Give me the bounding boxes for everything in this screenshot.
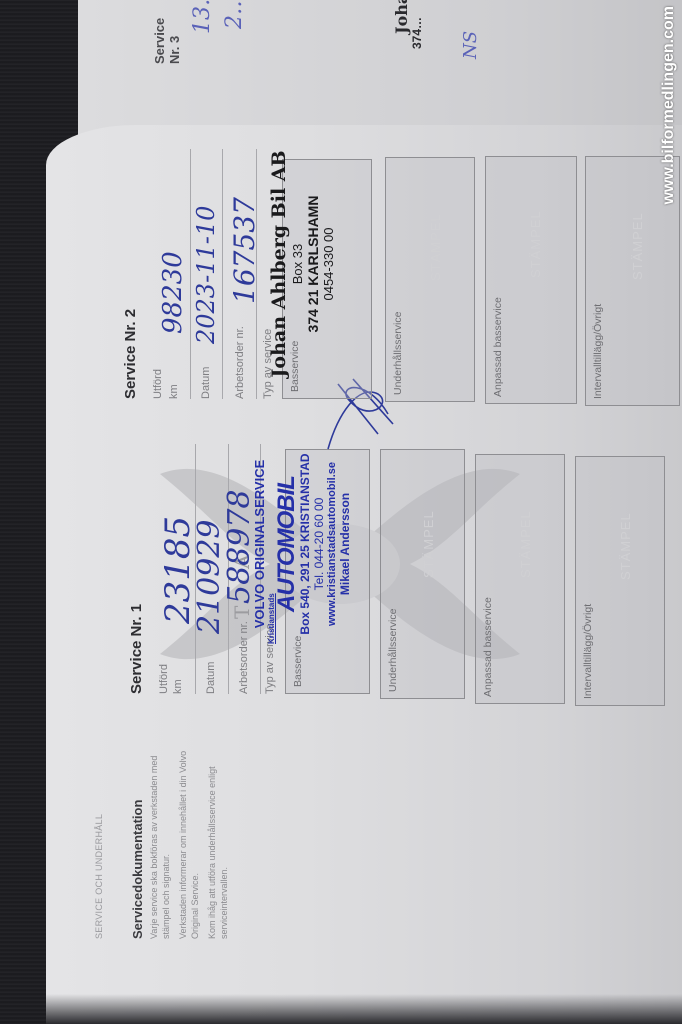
- doc-paragraph: Varje service ska bokföras av verkstaden…: [148, 729, 172, 939]
- service-2-title: Service Nr. 2: [122, 309, 139, 399]
- box-label: Intervalltillägg/Övrigt: [582, 604, 594, 699]
- stampel-watermark: STÄMPEL: [618, 512, 633, 580]
- stamp-line: 374 21 KARLSHAMN: [305, 144, 321, 384]
- box-label: Intervalltillägg/Övrigt: [592, 304, 604, 399]
- stampel-watermark: STÄMPEL: [528, 210, 543, 278]
- stamp-line: Tel. 044-20 60 00: [312, 424, 326, 664]
- service-3-title: Service Nr. 3: [152, 0, 182, 64]
- service-2-datum: 2023-11-10: [192, 206, 220, 344]
- stamp-line: AUTOMOBIL: [276, 424, 298, 664]
- service-1-title: Service Nr. 1: [128, 604, 145, 694]
- box-label: Anpassad basservice: [492, 297, 504, 397]
- service-3-km: 13…: [190, 0, 215, 34]
- site-watermark: www.bilformedlingen.com: [660, 6, 678, 205]
- stampel-watermark: STÄMPEL: [428, 213, 443, 281]
- box-intervalltillagg: Intervalltillägg/Övrigt STÄMPEL: [575, 456, 665, 706]
- arbetsorder-label: Arbetsorder nr.: [234, 326, 246, 399]
- stamp-line: Box 540, 291 25 KRISTIANSTAD: [298, 424, 312, 664]
- doc-heading: Servicedokumentation: [130, 800, 145, 939]
- service-1-stamp: VOLVO ORIGINALSERVICE Kristianstads AUTO…: [252, 424, 352, 664]
- stampel-watermark: STÄMPEL: [421, 510, 436, 578]
- service-2-stamp: Johan Ahlberg Bil AB Box 33 374 21 KARLS…: [268, 144, 336, 384]
- box-underhallsservice: Underhållsservice STÄMPEL: [380, 449, 465, 699]
- stamp-line: VOLVO ORIGINALSERVICE: [252, 424, 267, 664]
- utford-label: Utförd: [158, 664, 170, 694]
- stamp-line: 0454-330 00: [321, 144, 336, 384]
- box-label: Underhållsservice: [392, 312, 404, 395]
- page-shadow: [46, 994, 682, 1024]
- stamp-line: www.kristianstadsautomobil.se: [326, 424, 338, 664]
- booklet-content: A T SERVICE OCH UNDERHÅLL Servicedokumen…: [0, 0, 682, 1024]
- km-label: km: [168, 384, 180, 399]
- box-anpassad-basservice: Anpassad basservice STÄMPEL: [475, 454, 565, 704]
- stampel-watermark: STÄMPEL: [630, 212, 645, 280]
- service-3-stamp-name: Johan…: [392, 0, 411, 34]
- stamp-line: Box 33: [290, 144, 305, 384]
- datum-label: Datum: [200, 367, 212, 399]
- doc-text: Varje service ska bokföras av verkstaden…: [148, 729, 230, 939]
- stamp-line: Johan Ahlberg Bil AB: [268, 144, 290, 384]
- doc-paragraph: Verkstaden informerar om innehållet i di…: [177, 729, 201, 939]
- box-label: Anpassad basservice: [482, 597, 494, 697]
- utford-label: Utförd: [152, 369, 164, 399]
- box-underhallsservice: Underhållsservice STÄMPEL: [385, 157, 475, 402]
- doc-paragraph: Kom ihåg att utföra underhållsservice en…: [206, 729, 230, 939]
- datum-label: Datum: [205, 662, 217, 694]
- service-2-km: 98230: [158, 251, 188, 334]
- service-3-datum: 2…: [222, 0, 247, 29]
- km-label: km: [172, 679, 184, 694]
- divider: [190, 149, 191, 399]
- divider: [256, 149, 257, 399]
- watermark-letter-t: T: [230, 606, 254, 619]
- stampel-watermark: STÄMPEL: [518, 510, 533, 578]
- section-header: SERVICE OCH UNDERHÅLL: [94, 814, 104, 939]
- stamp-line: Mikael Andersson: [338, 424, 352, 664]
- service-3-initials: NS: [460, 31, 481, 59]
- box-anpassad-basservice: Anpassad basservice STÄMPEL: [485, 156, 577, 404]
- box-label: Underhållsservice: [387, 609, 399, 692]
- divider: [222, 149, 223, 399]
- arbetsorder-label: Arbetsorder nr.: [238, 621, 250, 694]
- service-3-stamp-zip: 374…: [410, 17, 424, 49]
